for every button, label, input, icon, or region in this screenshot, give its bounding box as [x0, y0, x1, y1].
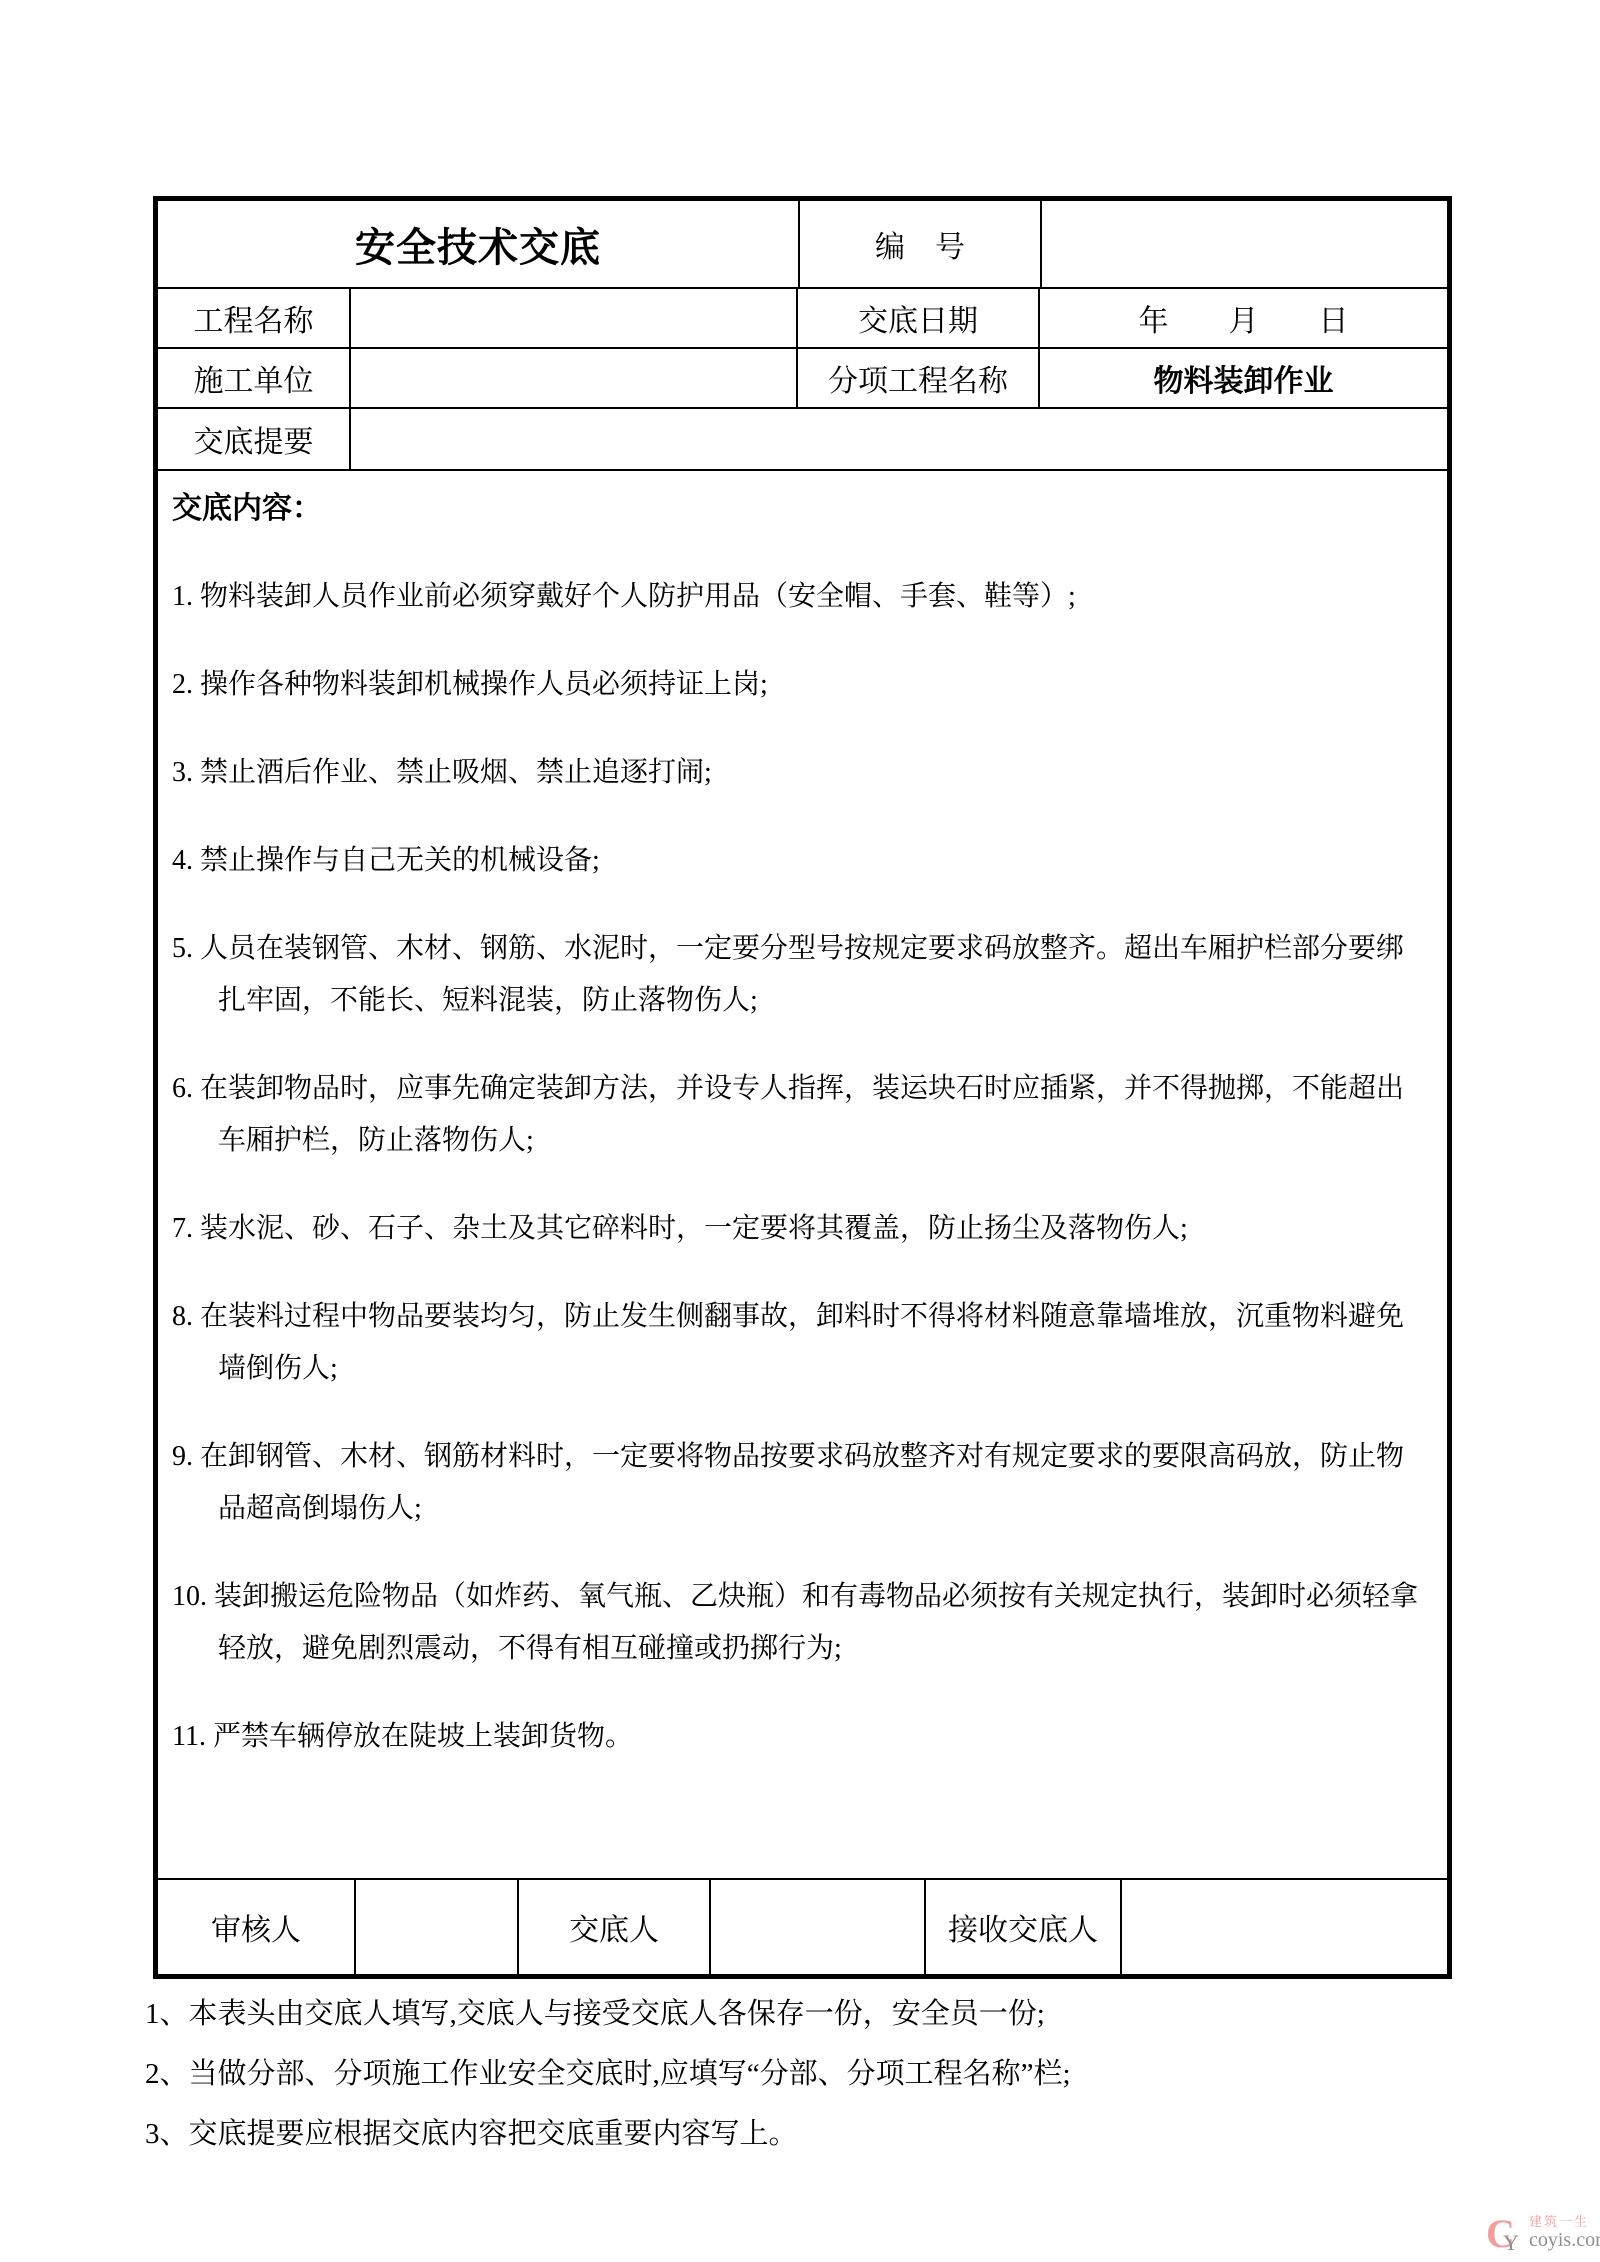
- footer-note-2: 2、当做分部、分项施工作业安全交底时,应填写“分部、分项工程名称”栏;: [145, 2044, 1455, 2104]
- summary-label: 交底提要: [158, 409, 349, 469]
- content-item-7: 7. 装水泥、砂、石子、杂土及其它碎料时，一定要将其覆盖，防止扬尘及落物伤人;: [172, 1203, 1423, 1255]
- content-item-10: 10. 装卸搬运危险物品（如炸药、氧气瓶、乙炔瓶）和有毒物品必须按有关规定执行，…: [172, 1571, 1423, 1675]
- footer-notes: 1、本表头由交底人填写,交底人与接受交底人各保存一份，安全员一份; 2、当做分部…: [145, 1984, 1455, 2164]
- sub-project-name-value: 物料装卸作业: [1038, 349, 1447, 407]
- cy-logo-icon: C Y: [1486, 2214, 1526, 2258]
- watermark-domain: coyis.com: [1529, 2229, 1600, 2251]
- form-title: 安全技术交底: [158, 201, 798, 287]
- content-item-1: 1. 物料装卸人员作业前必须穿戴好个人防护用品（安全帽、手套、鞋等）;: [172, 571, 1423, 623]
- safety-disclosure-form: 安全技术交底 编 号 工程名称 交底日期 年 月 日 施工单位 分项工程名称 物…: [153, 196, 1452, 1979]
- serial-number-value-cell: [1040, 201, 1447, 287]
- content-item-9: 9. 在卸钢管、木材、钢筋材料时，一定要将物品按要求码放整齐对有规定要求的要限高…: [172, 1431, 1423, 1535]
- document-page: 安全技术交底 编 号 工程名称 交底日期 年 月 日 施工单位 分项工程名称 物…: [0, 0, 1600, 2262]
- construction-unit-row: 施工单位 分项工程名称 物料装卸作业: [158, 347, 1447, 407]
- disclosure-date-value: 年 月 日: [1038, 289, 1447, 347]
- signoff-row: 审核人 交底人 接收交底人: [158, 1878, 1447, 1974]
- content-item-2: 2. 操作各种物料装卸机械操作人员必须持证上岗;: [172, 659, 1423, 711]
- project-name-row: 工程名称 交底日期 年 月 日: [158, 287, 1447, 347]
- project-name-value-cell: [349, 289, 796, 347]
- construction-unit-label: 施工单位: [158, 349, 349, 407]
- receiver-label: 接收交底人: [924, 1880, 1120, 1974]
- content-heading: 交底内容：: [172, 483, 1423, 535]
- watermark-brand-cn: 建筑一生: [1529, 2214, 1600, 2229]
- sub-project-name-label: 分项工程名称: [796, 349, 1038, 407]
- reviewer-label: 审核人: [158, 1880, 354, 1974]
- content-item-8: 8. 在装料过程中物品要装均匀，防止发生侧翻事故，卸料时不得将材料随意靠墙堆放，…: [172, 1291, 1423, 1395]
- logo-letter-y: Y: [1503, 2232, 1519, 2254]
- content-item-4: 4. 禁止操作与自己无关的机械设备;: [172, 835, 1423, 887]
- content-item-11: 11. 严禁车辆停放在陡坡上装卸货物。: [172, 1711, 1423, 1763]
- project-name-label: 工程名称: [158, 289, 349, 347]
- serial-number-label: 编 号: [798, 201, 1040, 287]
- title-row: 安全技术交底 编 号: [158, 201, 1447, 287]
- disclosure-content-cell: 交底内容： 1. 物料装卸人员作业前必须穿戴好个人防护用品（安全帽、手套、鞋等）…: [158, 469, 1447, 1878]
- discloser-label: 交底人: [517, 1880, 709, 1974]
- reviewer-signature-cell: [354, 1880, 517, 1974]
- construction-unit-value-cell: [349, 349, 796, 407]
- content-item-6: 6. 在装卸物品时，应事先确定装卸方法，并设专人指挥，装运块石时应插紧，并不得抛…: [172, 1063, 1423, 1167]
- content-item-5: 5. 人员在装钢管、木材、钢筋、水泥时，一定要分型号按规定要求码放整齐。超出车厢…: [172, 923, 1423, 1027]
- watermark: C Y 建筑一生 coyis.com: [1486, 2214, 1600, 2258]
- discloser-signature-cell: [709, 1880, 924, 1974]
- summary-value-cell: [349, 409, 1447, 469]
- watermark-text: 建筑一生 coyis.com: [1529, 2214, 1600, 2251]
- footer-note-1: 1、本表头由交底人填写,交底人与接受交底人各保存一份，安全员一份;: [145, 1984, 1455, 2044]
- receiver-signature-cell: [1120, 1880, 1447, 1974]
- summary-row: 交底提要: [158, 407, 1447, 469]
- footer-note-3: 3、交底提要应根据交底内容把交底重要内容写上。: [145, 2104, 1455, 2164]
- disclosure-date-label: 交底日期: [796, 289, 1038, 347]
- content-item-3: 3. 禁止酒后作业、禁止吸烟、禁止追逐打闹;: [172, 747, 1423, 799]
